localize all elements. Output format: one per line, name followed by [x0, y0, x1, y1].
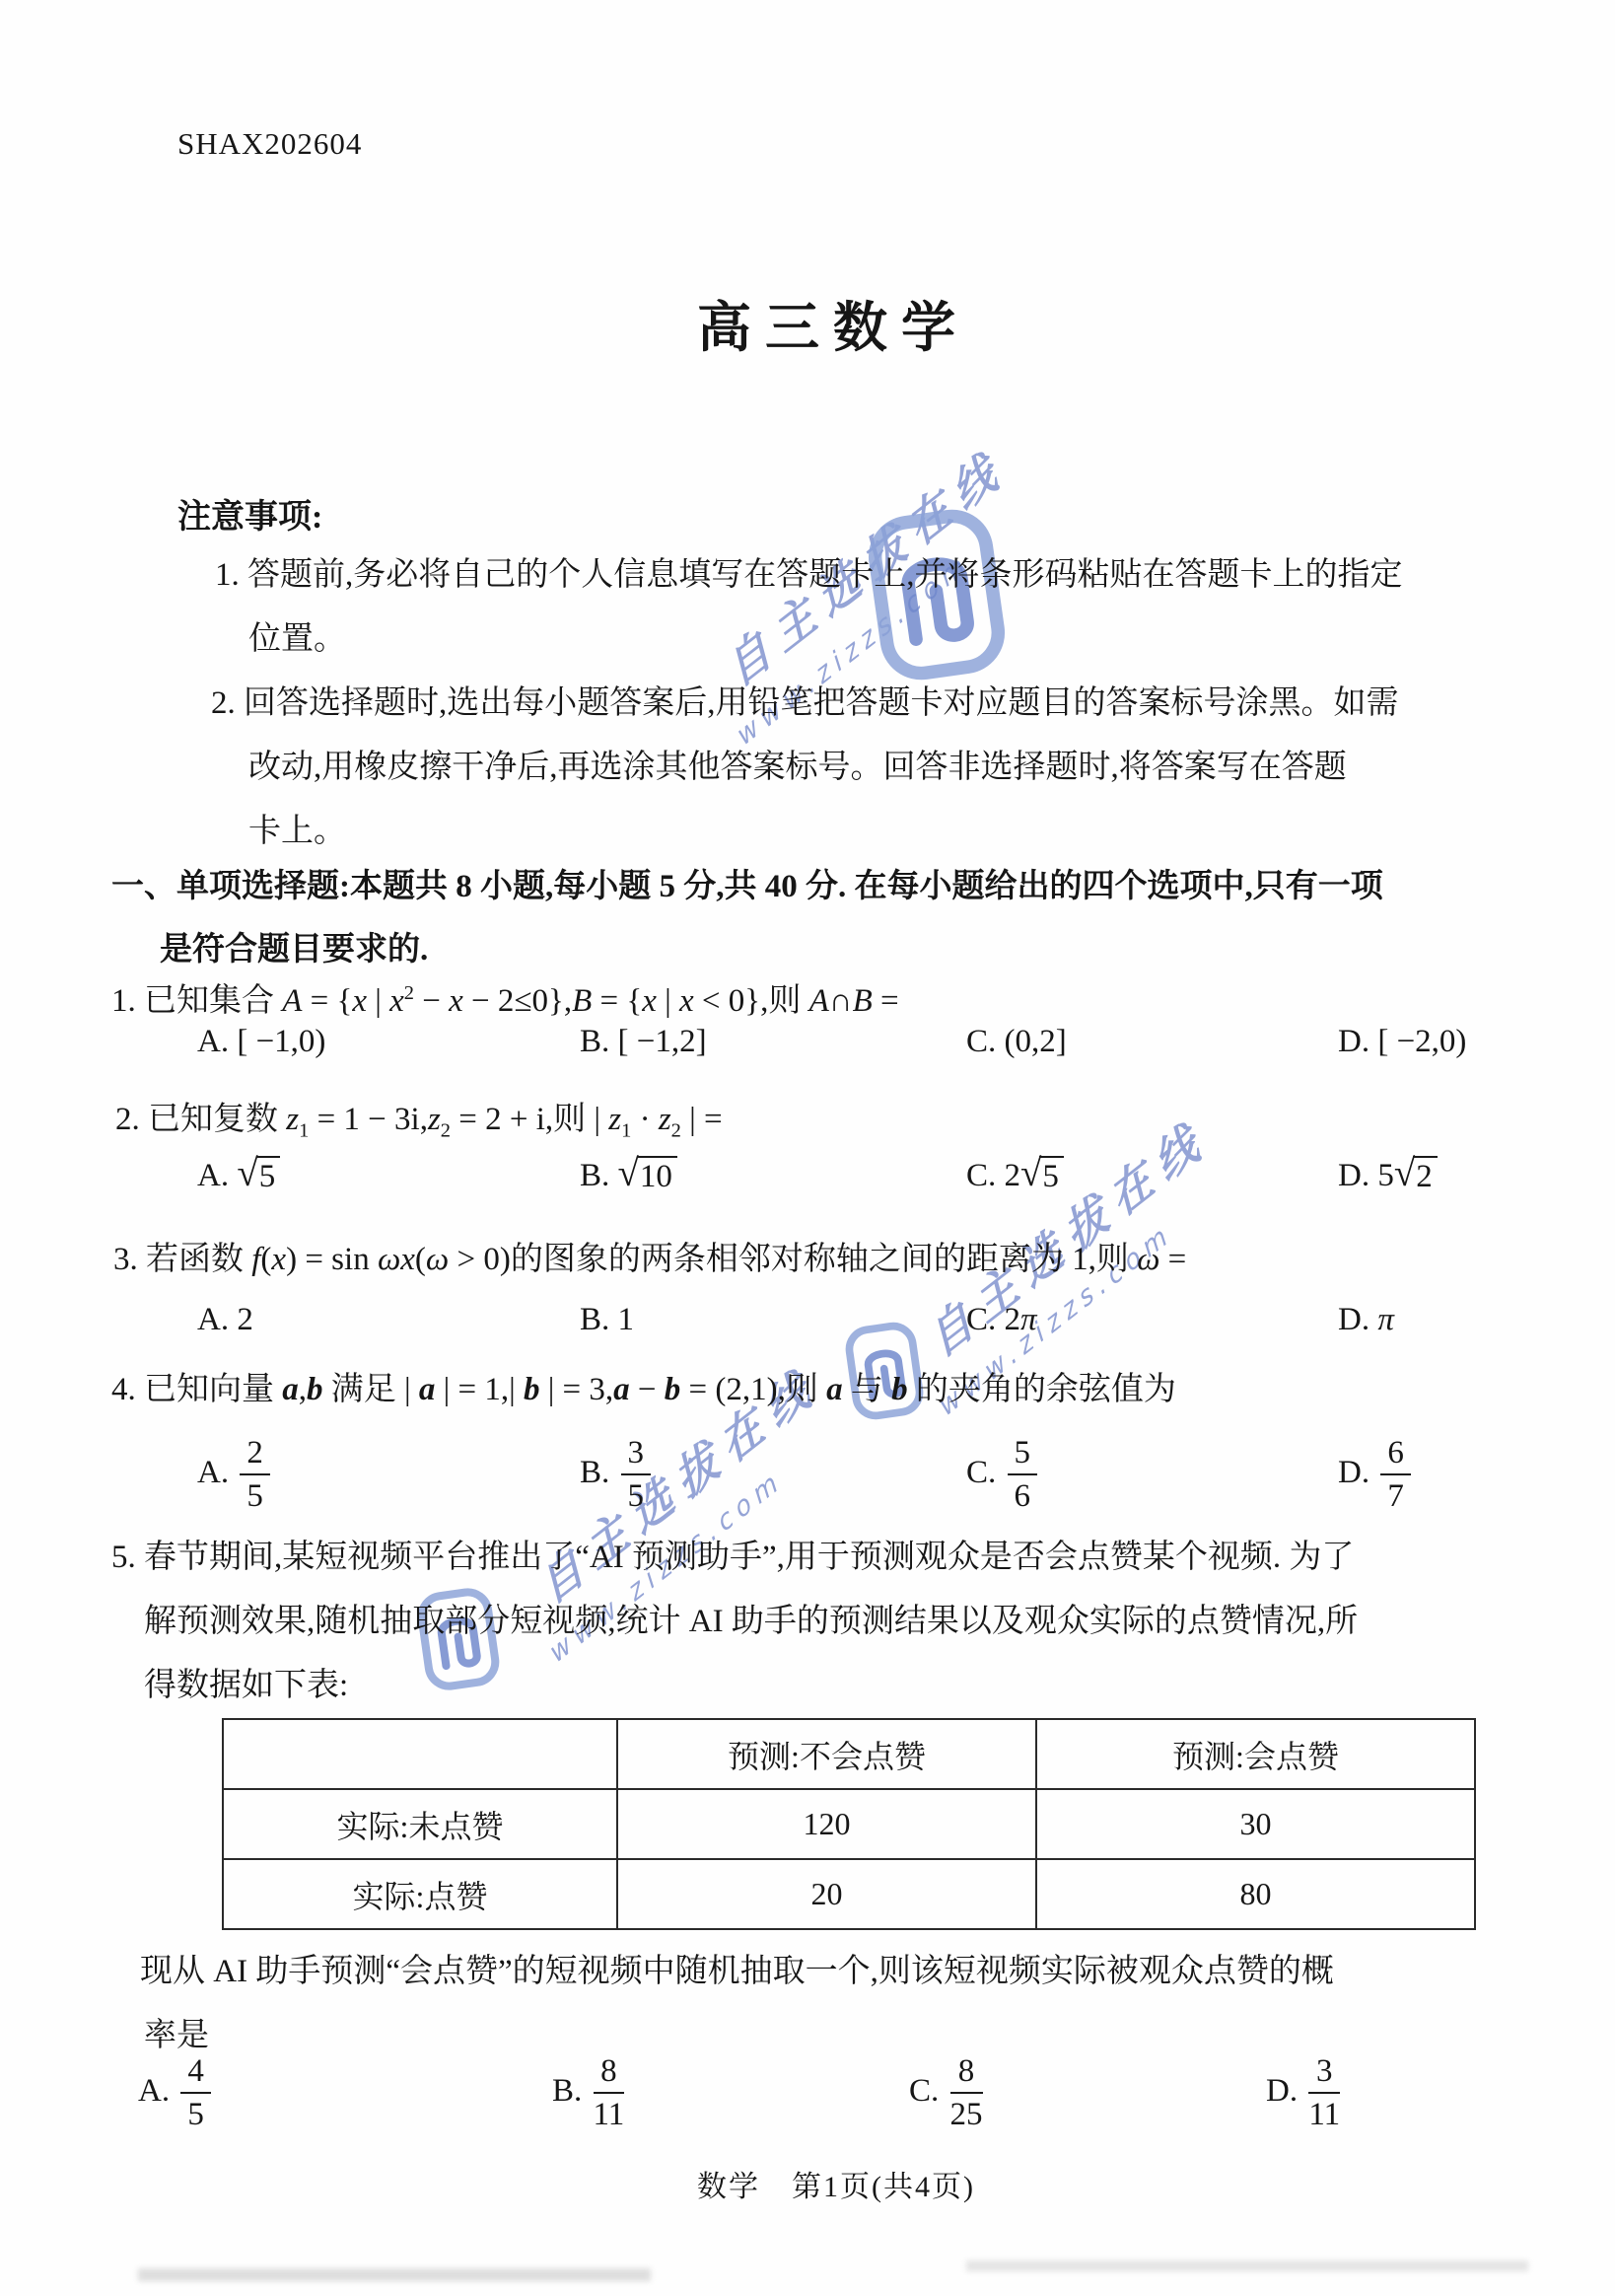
option: A. 2 — [197, 1302, 253, 1338]
option: A. 45 — [138, 2053, 214, 2133]
option: C. 56 — [966, 1435, 1040, 1515]
option: D. π — [1338, 1302, 1394, 1338]
option: D. [ −2,0) — [1338, 1024, 1466, 1060]
notice-item-1-line-1: 1. 答题前,务必将自己的个人信息填写在答题卡上,并将条形码粘贴在答题卡上的指定 — [215, 548, 1403, 595]
page-code: SHAX202604 — [177, 126, 362, 162]
question-5-after-line-1: 现从 AI 助手预测“会点赞”的短视频中随机抽取一个,则该短视频实际被观众点赞的… — [140, 1945, 1334, 1991]
question-3-stem: 3. 若函数 f(x) = sin ωx(ω > 0)的图象的两条相邻对称轴之间… — [113, 1233, 1186, 1279]
table-cell: 实际:点赞 — [223, 1859, 617, 1929]
option: B. 35 — [580, 1435, 654, 1515]
notice-item-2-line-1: 2. 回答选择题时,选出每小题答案后,用铅笔把答题卡对应题目的答案标号涂黑。如需 — [211, 677, 1399, 723]
scan-artifact — [138, 2268, 651, 2281]
option: A. [ −1,0) — [197, 1024, 325, 1060]
question-5-stem-line-3: 得数据如下表: — [144, 1659, 348, 1705]
question-5-stem-line-1: 5. 春节期间,某短视频平台推出了“AI 预测助手”,用于预测观众是否会点赞某个… — [111, 1531, 1354, 1577]
question-4-stem: 4. 已知向量 a,b 满足 | a | = 1,| b | = 3,a − b… — [111, 1363, 1176, 1409]
table-cell — [223, 1719, 617, 1789]
option: B. 811 — [552, 2053, 627, 2133]
notice-item-2-line-3: 卡上。 — [248, 805, 346, 851]
table-cell: 120 — [617, 1789, 1036, 1859]
option: C. (0,2] — [966, 1024, 1067, 1060]
option: D. 311 — [1266, 2053, 1343, 2133]
option: C. 2π — [966, 1302, 1037, 1338]
table-cell: 20 — [617, 1859, 1036, 1929]
prediction-stats-table: 预测:不会点赞预测:会点赞实际:未点赞12030实际:点赞2080 — [222, 1718, 1476, 1930]
question-5-after-line-2: 率是 — [144, 2009, 209, 2055]
exam-title: 高三数学 — [697, 284, 969, 362]
question-2-stem: 2. 已知复数 z1 = 1 − 3i,z2 = 2 + i,则 | z1 · … — [115, 1093, 723, 1143]
option: B. √10 — [580, 1156, 677, 1194]
option: A. √5 — [197, 1156, 280, 1194]
option: D. 5√2 — [1338, 1156, 1438, 1194]
footer-page-number: 数学 第1页(共4页) — [697, 2162, 975, 2205]
section-heading-line-1: 一、单项选择题:本题共 8 小题,每小题 5 分,共 40 分. 在每小题给出的… — [111, 860, 1383, 906]
table-cell: 80 — [1036, 1859, 1475, 1929]
notice-item-1-line-2: 位置。 — [248, 612, 346, 659]
question-5-stem-line-2: 解预测效果,随机抽取部分短视频,统计 AI 助手的预测结果以及观众实际的点赞情况… — [144, 1595, 1358, 1641]
table-cell: 30 — [1036, 1789, 1475, 1859]
option: A. 25 — [197, 1435, 273, 1515]
table-cell: 实际:未点赞 — [223, 1789, 617, 1859]
zizzs-logo-icon — [858, 493, 1016, 697]
table-cell: 预测:会点赞 — [1036, 1719, 1475, 1789]
option: C. 825 — [909, 2053, 986, 2133]
option: D. 67 — [1338, 1435, 1414, 1515]
option: B. [ −1,2] — [580, 1024, 707, 1060]
notice-heading: 注意事项: — [177, 489, 322, 538]
question-1-stem: 1. 已知集合 A = {x | x2 − x − 2≤0},B = {x | … — [111, 974, 899, 1021]
section-heading-line-2: 是符合题目要求的. — [160, 923, 428, 969]
option: C. 2√5 — [966, 1156, 1064, 1194]
table-cell: 预测:不会点赞 — [617, 1719, 1036, 1789]
exam-page: 自主选拔在线 www.zizzs.com 自主选拔在线 www.zizzs.co… — [0, 0, 1615, 2296]
notice-item-2-line-2: 改动,用橡皮擦干净后,再选涂其他答案标号。回答非选择题时,将答案写在答题 — [248, 741, 1347, 787]
option: B. 1 — [580, 1302, 634, 1338]
scan-artifact — [966, 2260, 1528, 2271]
